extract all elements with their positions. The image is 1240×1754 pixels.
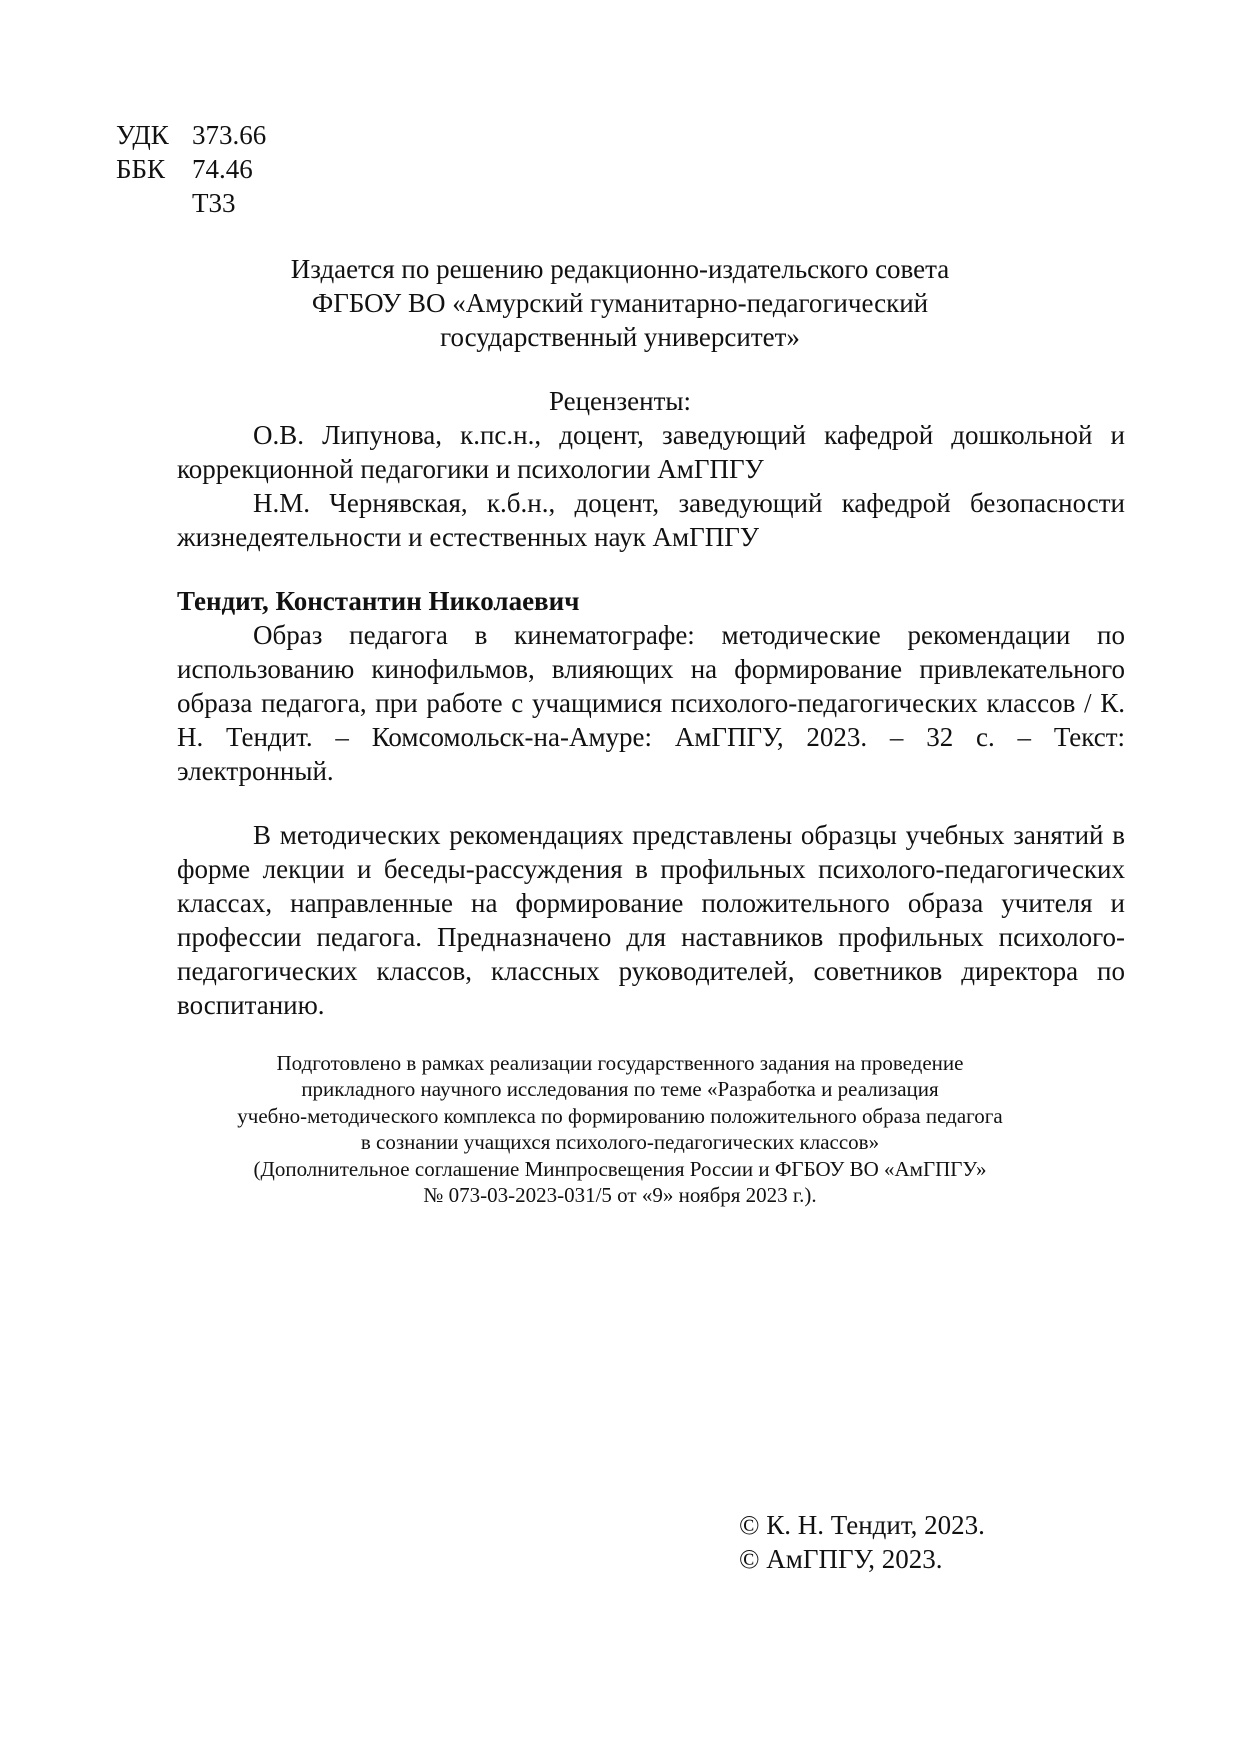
annotation: В методических рекомендациях представлен…: [177, 818, 1125, 1022]
bibliographic-description: Образ педагога в кинематографе: методиче…: [177, 618, 1125, 788]
author-mark-row: Т33: [116, 186, 236, 220]
reviewer-item: О.В. Липунова, к.пс.н., доцент, заведующ…: [177, 418, 1125, 486]
udk-value: 373.66: [192, 118, 266, 152]
funding-note-line: в сознании учащихся психолого-педагогиче…: [0, 1129, 1240, 1156]
udk-row: УДК373.66: [116, 118, 266, 152]
copyright-author: © К. Н. Тендит, 2023.: [739, 1508, 985, 1542]
funding-note-line: № 073-03-2023-031/5 от «9» ноября 2023 г…: [0, 1182, 1240, 1209]
author-mark: Т33: [192, 186, 236, 220]
bbk-value: 74.46: [192, 152, 253, 186]
publisher-note-line: Издается по решению редакционно-издатель…: [0, 252, 1240, 286]
udk-label: УДК: [116, 118, 192, 152]
bbk-row: ББК74.46: [116, 152, 253, 186]
author-name: Тендит, Константин Николаевич: [177, 584, 1125, 618]
bbk-label: ББК: [116, 152, 192, 186]
publisher-note-line: ФГБОУ ВО «Амурский гуманитарно-педагогич…: [0, 286, 1240, 320]
funding-note-line: (Дополнительное соглашение Минпросвещени…: [0, 1156, 1240, 1183]
funding-note-line: Подготовлено в рамках реализации государ…: [0, 1050, 1240, 1077]
reviewers-heading: Рецензенты:: [0, 384, 1240, 418]
publisher-note-line: государственный университет»: [0, 320, 1240, 354]
document-page: УДК373.66 ББК74.46 Т33 Издается по решен…: [0, 0, 1240, 1754]
reviewer-item: Н.М. Чернявская, к.б.н., доцент, заведую…: [177, 486, 1125, 554]
funding-note-line: прикладного научного исследования по тем…: [0, 1076, 1240, 1103]
funding-note-line: учебно-методического комплекса по формир…: [0, 1103, 1240, 1130]
copyright-university: © АмГПГУ, 2023.: [739, 1542, 943, 1576]
